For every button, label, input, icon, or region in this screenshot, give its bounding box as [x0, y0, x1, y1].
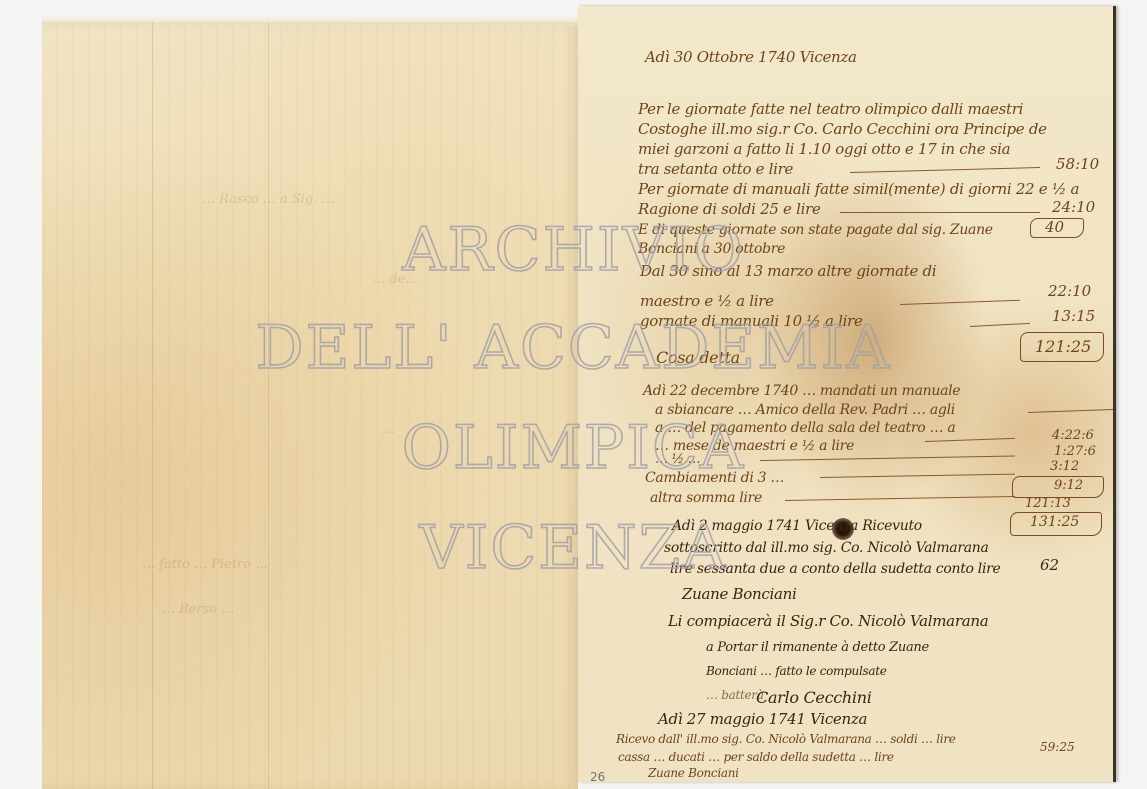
section-line: Cambiamenti di 3 … [645, 470, 784, 486]
section-amount: 9:12 [1054, 478, 1083, 493]
note-line: a Portar il rimanente à detto Zuane [706, 640, 929, 655]
receipt-line: cassa … ducati … per saldo della sudetta… [618, 750, 894, 764]
section-line: … ½ … [655, 452, 700, 467]
section-amount: 1:27:6 [1054, 444, 1096, 459]
receipt-line: Adì 2 maggio 1741 Vicenza Ricevuto [672, 518, 922, 534]
entry-line: E di queste giornate son state pagate da… [638, 222, 993, 238]
section-line: Adì 22 decembre 1740 … mandati un manual… [643, 383, 960, 399]
entry-line: Dal 30 sino al 13 marzo altre giornate d… [640, 262, 936, 280]
fold-crease [152, 22, 153, 789]
entry-line: miei garzoni a fatto li 1.10 oggi otto e… [638, 140, 1010, 158]
section-line: altra somma lire [650, 490, 762, 506]
entry-amount: 13:15 [1052, 307, 1095, 325]
entry-line: Per giornate di manuali fatte simil(ment… [638, 180, 1079, 198]
section-amount: 121:13 [1025, 496, 1071, 511]
document-heading: Adì 30 Ottobre 1740 Vicenza [645, 48, 857, 66]
entry-amount: 24:10 [1052, 198, 1095, 216]
entry-line: Per le giornate fatte nel teatro olimpic… [638, 100, 1023, 118]
entry-line: Cosa detta [656, 348, 740, 367]
bleed-through-line: … fatto … Pietro … [142, 557, 268, 572]
note-line: … batterà [706, 688, 764, 702]
manuscript-scan: … Rasco … a Sig. … … de… … … fatto … Pie… [0, 0, 1147, 789]
section-amount: 3:12 [1050, 459, 1079, 474]
entry-amount: 40 [1045, 218, 1064, 236]
bleed-through-line: … [382, 422, 395, 437]
receipt-signature: Zuane Bonciani [648, 766, 739, 780]
note-signature: Carlo Cecchini [756, 688, 872, 707]
bleed-through-line: … Berso … [162, 602, 234, 617]
entry-line: maestro e ½ a lire [640, 292, 774, 310]
fold-crease [268, 22, 269, 789]
entry-total: 121:25 [1035, 337, 1091, 356]
receipt-line: Adì 27 maggio 1741 Vicenza [658, 710, 867, 728]
receipt-line: Ricevo dall' ill.mo sig. Co. Nicolò Valm… [616, 732, 956, 746]
receipt-amount: 59:25 [1040, 740, 1075, 754]
section-line: a … del pagamento della sala del teatro … [655, 420, 955, 436]
note-line: Bonciani … fatto le compulsate [706, 664, 887, 678]
entry-line: Costoghe ill.mo sig.r Co. Carlo Cecchini… [638, 120, 1047, 138]
receipt-line: lire sessanta due a conto della sudetta … [670, 561, 1001, 577]
section-amount: 4:22:6 [1052, 428, 1094, 443]
entry-line: gornate di manuali 10 ½ a lire [640, 312, 863, 330]
left-page: … Rasco … a Sig. … … de… … … fatto … Pie… [42, 22, 578, 789]
entry-amount: 22:10 [1048, 282, 1091, 300]
entry-line: tra setanta otto e lire [638, 160, 793, 178]
receipt-amount: 62 [1040, 556, 1059, 574]
section-line: a sbiancare … Amico della Rev. Padri … a… [655, 402, 955, 418]
receipt-line: sottoscritto dal ill.mo sig. Co. Nicolò … [664, 540, 989, 556]
entry-amount: 58:10 [1056, 155, 1099, 173]
receipt-signature: Zuane Bonciani [682, 585, 796, 603]
note-line: Li compiacerà il Sig.r Co. Nicolò Valmar… [668, 612, 988, 630]
folio-number: 26 [590, 770, 605, 784]
ruled-line [840, 212, 1040, 213]
section-total: 131:25 [1030, 514, 1079, 530]
bleed-through-line: … de… [372, 272, 418, 287]
entry-line: Bonciani a 30 ottobre [638, 241, 785, 257]
entry-line: Ragione di soldi 25 e lire [638, 200, 821, 218]
